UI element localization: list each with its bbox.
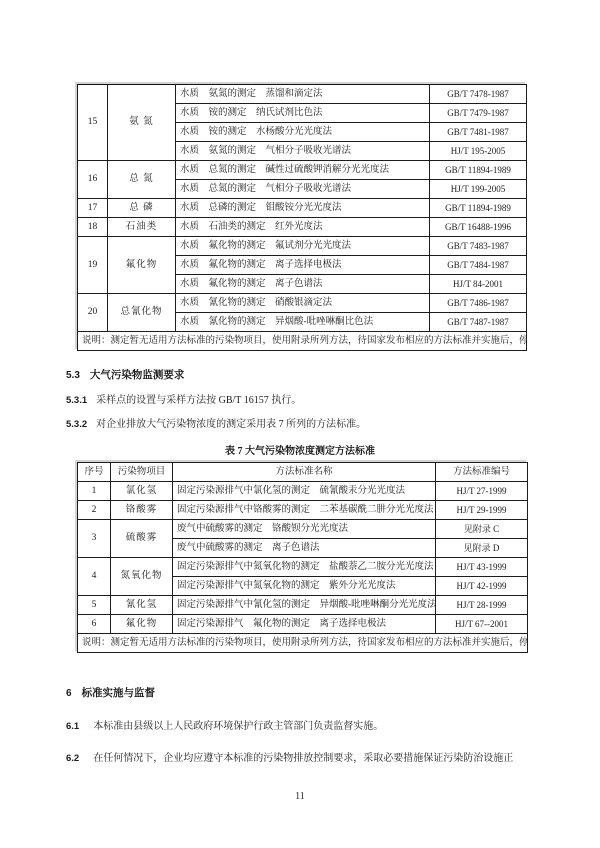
row-number-cell: 17	[78, 199, 108, 218]
method-name-cell: 固定污染源排气中氯化氢的测定 硫氰酸汞分光光度法	[173, 482, 436, 501]
pollutant-cell: 氰化氢	[111, 596, 173, 615]
method-name-cell: 固定污染源排气中铬酸雾的测定 二苯基碳酰二肼分光光度法	[173, 501, 436, 520]
method-name-cell: 水质 铵的测定 纳氏试剂比色法	[176, 104, 430, 123]
note-cell: 说明：测定暂无适用方法标准的污染物项目，使用附录所列方法，待国家发布相应的方法标…	[78, 332, 527, 351]
standard-code-cell: 见附录 D	[436, 539, 528, 558]
pollutant-cell: 氯化氢	[111, 482, 173, 501]
standard-code-cell: GB/T 7478-1987	[430, 85, 527, 104]
pollutant-cell: 总氰化物	[108, 294, 176, 332]
row-number-cell: 6	[78, 615, 111, 634]
clause-6-2: 6.2在任何情况下，企业均应遵守本标准的污染物排放控制要求，采取必要措施保证污染…	[66, 749, 536, 764]
method-name-cell: 固定污染源排气 氟化物的测定 离子选择电极法	[173, 615, 436, 634]
standard-code-cell: GB/T 11894-1989	[430, 161, 527, 180]
row-number-cell: 4	[78, 558, 111, 596]
standard-code-cell: HJ/T 29-1999	[436, 501, 528, 520]
row-number-cell: 5	[78, 596, 111, 615]
clause-5-3-1-text: 采样点的设置与采样方法按 GB/T 16157 执行。	[96, 395, 301, 406]
row-number-cell: 2	[78, 501, 111, 520]
method-name-cell: 水质 石油类的测定 红外光度法	[176, 218, 430, 237]
method-name-cell: 固定污染源排气中氮氧化物的测定 盐酸萘乙二胺分光光度法	[173, 558, 436, 577]
clause-6-1-text: 本标准由县级以上人民政府环境保护行政主管部门负责监督实施。	[93, 721, 383, 732]
method-name-cell: 水质 总氮的测定 气相分子吸收光谱法	[176, 180, 430, 199]
method-name-cell: 水质 氟化物的测定 离子选择电极法	[176, 256, 430, 275]
pollutant-cell: 总 氮	[108, 161, 176, 199]
method-name-cell: 水质 氨氮的测定 气相分子吸收光谱法	[176, 142, 430, 161]
table-row: 18石油类水质 石油类的测定 红外光度法GB/T 16488-1996	[78, 218, 527, 237]
standard-code-cell: GB/T 7483-1987	[430, 237, 527, 256]
pollutant-cell: 氮氧化物	[111, 558, 173, 596]
row-number-cell: 1	[78, 482, 111, 501]
standard-code-cell: HJ/T 42-1999	[436, 577, 528, 596]
pollutant-cell: 氟化物	[111, 615, 173, 634]
clause-5-3-2-text: 对企业排放大气污染物浓度的测定采用表 7 所列的方法标准。	[96, 419, 366, 430]
air-table-head: 序号污染物项目方法标准名称方法标准编号	[78, 463, 528, 482]
standard-code-cell: HJ/T 27-1999	[436, 482, 528, 501]
water-pollutant-methods-table: 15氨 氮水质 氨氮的测定 蒸馏和滴定法GB/T 7478-1987水质 铵的测…	[77, 84, 527, 351]
clause-6-2-number: 6.2	[66, 753, 79, 764]
clause-6-1: 6.1本标准由县级以上人民政府环境保护行政主管部门负责监督实施。	[66, 717, 536, 732]
header-cell: 方法标准名称	[173, 463, 436, 482]
water-table-body: 15氨 氮水质 氨氮的测定 蒸馏和滴定法GB/T 7478-1987水质 铵的测…	[78, 85, 527, 351]
method-name-cell: 水质 氰化物的测定 硝酸银滴定法	[176, 294, 430, 313]
table-row: 4氮氧化物固定污染源排气中氮氧化物的测定 盐酸萘乙二胺分光光度法HJ/T 43-…	[78, 558, 528, 577]
section-6: 6标准实施与监督 6.1本标准由县级以上人民政府环境保护行政主管部门负责监督实施…	[0, 685, 600, 764]
row-number-cell: 20	[78, 294, 108, 332]
section-6-title: 标准实施与监督	[82, 688, 156, 699]
standard-code-cell: GB/T 16488-1996	[430, 218, 527, 237]
page-number: 11	[0, 791, 600, 802]
standard-code-cell: GB/T 7486-1987	[430, 294, 527, 313]
row-number-cell: 18	[78, 218, 108, 237]
standard-code-cell: HJ/T 84-2001	[430, 275, 527, 294]
table-row: 15氨 氮水质 氨氮的测定 蒸馏和滴定法GB/T 7478-1987	[78, 85, 527, 104]
standard-code-cell: HJ/T 28-1999	[436, 596, 528, 615]
method-name-cell: 水质 铵的测定 水杨酸分光光度法	[176, 123, 430, 142]
clause-5-3-2-number: 5.3.2	[66, 419, 87, 430]
row-number-cell: 3	[78, 520, 111, 558]
table-row: 16总 氮水质 总氮的测定 碱性过硫酸钾消解分光光度法GB/T 11894-19…	[78, 161, 527, 180]
method-name-cell: 水质 总磷的测定 钼酸铵分光光度法	[176, 199, 430, 218]
table-row: 20总氰化物水质 氰化物的测定 硝酸银滴定法GB/T 7486-1987	[78, 294, 527, 313]
table-row: 19氟化物水质 氟化物的测定 氟试剂分光光度法GB/T 7483-1987	[78, 237, 527, 256]
standard-code-cell: HJ/T 195-2005	[430, 142, 527, 161]
standard-code-cell: HJ/T 199-2005	[430, 180, 527, 199]
document-page: 15氨 氮水质 氨氮的测定 蒸馏和滴定法GB/T 7478-1987水质 铵的测…	[0, 0, 600, 848]
standard-code-cell: GB/T 7479-1987	[430, 104, 527, 123]
pollutant-cell: 总 磷	[108, 199, 176, 218]
standard-code-cell: GB/T 7481-1987	[430, 123, 527, 142]
air-pollutant-methods-table: 序号污染物项目方法标准名称方法标准编号 1氯化氢固定污染源排气中氯化氢的测定 硫…	[77, 462, 528, 653]
method-name-cell: 固定污染源排气中氮氧化物的测定 紫外分光光度法	[173, 577, 436, 596]
standard-code-cell: 见附录 C	[436, 520, 528, 539]
air-table-body: 1氯化氢固定污染源排气中氯化氢的测定 硫氰酸汞分光光度法HJ/T 27-1999…	[78, 482, 528, 653]
section-6-number: 6	[66, 688, 72, 699]
header-cell: 方法标准编号	[436, 463, 528, 482]
clause-5-3-2: 5.3.2对企业排放大气污染物浓度的测定采用表 7 所列的方法标准。	[66, 415, 536, 430]
table-row: 17总 磷水质 总磷的测定 钼酸铵分光光度法GB/T 11894-1989	[78, 199, 527, 218]
standard-code-cell: GB/T 7484-1987	[430, 256, 527, 275]
pollutant-cell: 石油类	[108, 218, 176, 237]
standard-code-cell: HJ/T 43-1999	[436, 558, 528, 577]
header-cell: 序号	[78, 463, 111, 482]
method-name-cell: 水质 总氮的测定 碱性过硫酸钾消解分光光度法	[176, 161, 430, 180]
row-number-cell: 19	[78, 237, 108, 294]
table-row: 5氰化氢固定污染源排气中氰化氢的测定 异烟酸-吡唑啉酮分光光度法HJ/T 28-…	[78, 596, 528, 615]
pollutant-cell: 氨 氮	[108, 85, 176, 161]
method-name-cell: 水质 氟化物的测定 氟试剂分光光度法	[176, 237, 430, 256]
clause-5-3-1-number: 5.3.1	[66, 395, 87, 406]
clause-6-2-text: 在任何情况下，企业均应遵守本标准的污染物排放控制要求，采取必要措施保证污染防治设…	[93, 753, 513, 764]
table-row: 1氯化氢固定污染源排气中氯化氢的测定 硫氰酸汞分光光度法HJ/T 27-1999	[78, 482, 528, 501]
standard-code-cell: GB/T 11894-1989	[430, 199, 527, 218]
note-cell: 说明：测定暂无适用方法标准的污染物项目，使用附录所列方法，待国家发布相应的方法标…	[78, 634, 528, 653]
section-6-heading: 6标准实施与监督	[66, 685, 536, 700]
table-row: 3硫酸雾废气中硫酸雾的测定 铬酸钡分光光度法见附录 C	[78, 520, 528, 539]
section-5-3-title: 大气污染物监测要求	[90, 370, 185, 381]
pollutant-cell: 硫酸雾	[111, 520, 173, 558]
method-name-cell: 废气中硫酸雾的测定 铬酸钡分光光度法	[173, 520, 436, 539]
header-cell: 污染物项目	[111, 463, 173, 482]
method-name-cell: 水质 氨氮的测定 蒸馏和滴定法	[176, 85, 430, 104]
table-row: 2铬酸雾固定污染源排气中铬酸雾的测定 二苯基碳酰二肼分光光度法HJ/T 29-1…	[78, 501, 528, 520]
standard-code-cell: GB/T 7487-1987	[430, 313, 527, 332]
section-5-3-heading: 5.3大气污染物监测要求	[66, 367, 536, 382]
clause-5-3-1: 5.3.1采样点的设置与采样方法按 GB/T 16157 执行。	[66, 391, 536, 406]
section-5-3-number: 5.3	[66, 370, 80, 381]
pollutant-cell: 铬酸雾	[111, 501, 173, 520]
method-name-cell: 废气中硫酸雾的测定 离子色谱法	[173, 539, 436, 558]
method-name-cell: 水质 氟化物的测定 离子色谱法	[176, 275, 430, 294]
row-number-cell: 16	[78, 161, 108, 199]
method-name-cell: 水质 氰化物的测定 异烟酸-吡唑啉酮比色法	[176, 313, 430, 332]
clause-6-1-number: 6.1	[66, 721, 79, 732]
method-name-cell: 固定污染源排气中氰化氢的测定 异烟酸-吡唑啉酮分光光度法	[173, 596, 436, 615]
row-number-cell: 15	[78, 85, 108, 161]
note-row: 说明：测定暂无适用方法标准的污染物项目，使用附录所列方法，待国家发布相应的方法标…	[78, 634, 528, 653]
standard-code-cell: HJ/T 67--2001	[436, 615, 528, 634]
table-row: 6氟化物固定污染源排气 氟化物的测定 离子选择电极法HJ/T 67--2001	[78, 615, 528, 634]
header-row: 序号污染物项目方法标准名称方法标准编号	[78, 463, 528, 482]
pollutant-cell: 氟化物	[108, 237, 176, 294]
note-row: 说明：测定暂无适用方法标准的污染物项目，使用附录所列方法，待国家发布相应的方法标…	[78, 332, 527, 351]
air-table-title: 表 7 大气污染物浓度测定方法标准	[0, 442, 600, 457]
